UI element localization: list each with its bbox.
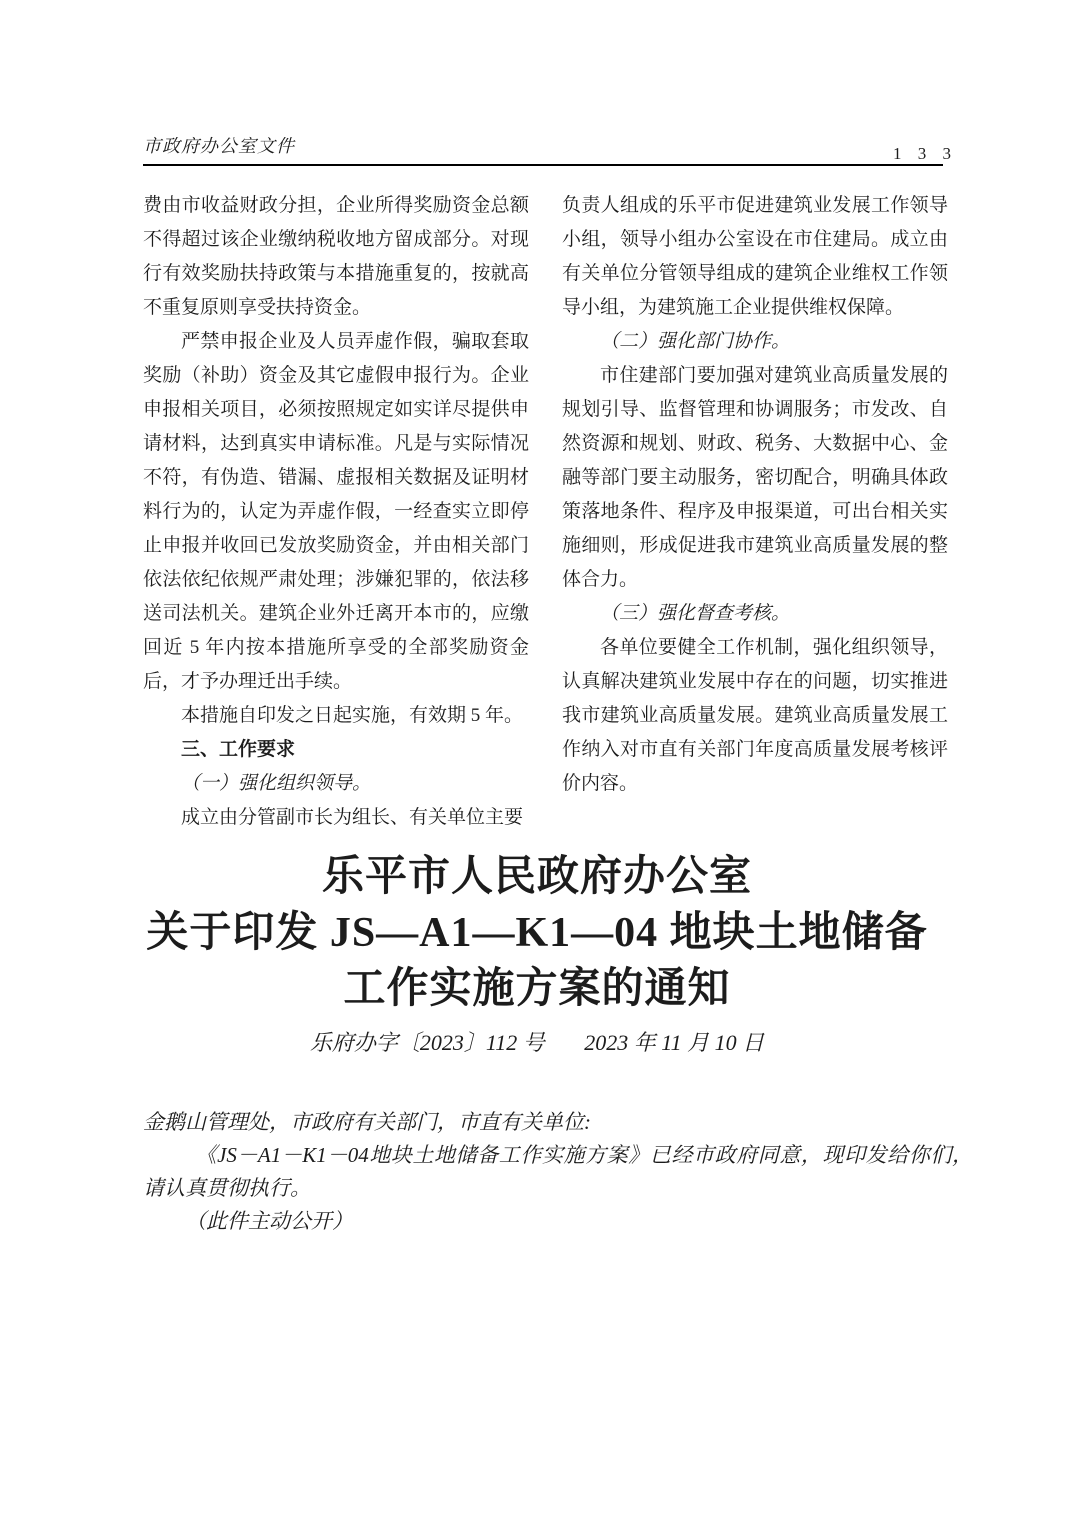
- notice-title-line-1: 乐平市人民政府办公室: [0, 849, 1074, 905]
- left-paragraph-continuation: 费由市收益财政分担，企业所得奖励资金总额不得超过该企业缴纳税收地方留成部分。对现…: [143, 189, 529, 325]
- notice-title: 乐平市人民政府办公室 关于印发 JS—A1—K1—04 地块土地储备 工作实施方…: [0, 849, 1074, 1017]
- notice-title-line-2: 关于印发 JS—A1—K1—04 地块土地储备: [0, 905, 1074, 961]
- subsection-heading-supervision: （三）强化督查考核。: [562, 597, 948, 631]
- header-label: 市政府办公室文件: [143, 132, 295, 158]
- left-paragraph-fraud-prohibition: 严禁申报企业及人员弄虚作假，骗取套取奖励（补助）资金及其它虚假申报行为。企业申报…: [143, 325, 529, 699]
- left-paragraph-leading-group: 成立由分管副市长为组长、有关单位主要: [143, 801, 529, 835]
- subsection-heading-dept-coordination: （二）强化部门协作。: [562, 325, 948, 359]
- page-number: 1 3 3: [893, 144, 957, 164]
- right-paragraph-leading-group-continuation: 负责人组成的乐平市促进建筑业发展工作领导小组，领导小组办公室设在市住建局。成立由…: [562, 189, 948, 325]
- disclosure-note: （此件主动公开）: [143, 1205, 973, 1238]
- notice-body: 金鹅山管理处，市政府有关部门，市直有关单位: 《JS－A1－K1－04地块土地储…: [143, 1106, 973, 1238]
- subsection-heading-org-leadership: （一）强化组织领导。: [143, 767, 529, 801]
- left-paragraph-validity: 本措施自印发之日起实施，有效期 5 年。: [143, 699, 529, 733]
- doc-date: 2023 年 11 月 10 日: [584, 1030, 764, 1055]
- document-page: 市政府办公室文件 1 3 3 费由市收益财政分担，企业所得奖励资金总额不得超过该…: [0, 0, 1074, 1520]
- right-paragraph-assessment: 各单位要健全工作机制，强化组织领导，认真解决建筑业发展中存在的问题，切实推进我市…: [562, 631, 948, 801]
- left-column: 费由市收益财政分担，企业所得奖励资金总额不得超过该企业缴纳税收地方留成部分。对现…: [143, 189, 529, 835]
- doc-number: 乐府办字〔2023〕112 号: [310, 1030, 545, 1055]
- notice-title-line-3: 工作实施方案的通知: [0, 961, 1074, 1017]
- notice-body-paragraph: 《JS－A1－K1－04地块土地储备工作实施方案》已经市政府同意，现印发给你们，…: [143, 1139, 973, 1205]
- right-column: 负责人组成的乐平市促进建筑业发展工作领导小组，领导小组办公室设在市住建局。成立由…: [562, 189, 948, 801]
- section-heading-work-requirements: 三、工作要求: [143, 733, 529, 767]
- salutation: 金鹅山管理处，市政府有关部门，市直有关单位:: [143, 1106, 973, 1139]
- right-paragraph-dept-duties: 市住建部门要加强对建筑业高质量发展的规划引导、监督管理和协调服务；市发改、自然资…: [562, 359, 948, 597]
- doc-number-line: 乐府办字〔2023〕112 号2023 年 11 月 10 日: [0, 1028, 1074, 1058]
- header-rule: [143, 164, 943, 166]
